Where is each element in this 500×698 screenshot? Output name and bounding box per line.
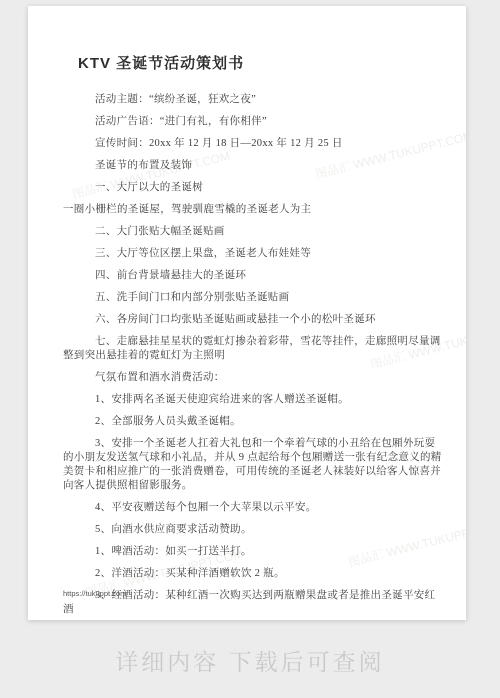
document-paragraph: 七、走廊悬挂星星状的霓虹灯掺杂着彩带，雪花等挂件，走廊照明尽量调整到突出悬挂着的…: [63, 335, 444, 363]
document-paragraph: 三、大厅等位区摆上果盘，圣诞老人布娃娃等: [63, 247, 444, 261]
document-paragraph: 活动主题：“缤纷圣诞，狂欢之夜”: [63, 93, 444, 107]
bottom-bar-text: 详细内容 下载后可查阅: [115, 644, 384, 677]
document-page: KTV 圣诞节活动策划书 活动主题：“缤纷圣诞，狂欢之夜”活动广告语：“进门有礼…: [28, 6, 466, 620]
document-paragraph: 二、大门张贴大幅圣诞贴画: [63, 225, 444, 239]
source-url: https://tukuppt.com: [63, 589, 126, 598]
document-paragraph: 一圈小栅栏的圣诞屋，驾驶驯鹿雪橇的圣诞老人为主: [63, 203, 444, 217]
document-paragraph: 1、安排两名圣诞天使迎宾给进来的客人赠送圣诞帽。: [63, 393, 444, 407]
document-paragraph: 六、各房间门口均张贴圣诞贴画或悬挂一个小的松叶圣诞环: [63, 313, 444, 327]
document-paragraph: 圣诞节的布置及装饰: [63, 159, 444, 173]
document-paragraph: 四、前台背景墙悬挂大的圣诞环: [63, 269, 444, 283]
document-body: 活动主题：“缤纷圣诞，狂欢之夜”活动广告语：“进门有礼，有你相伴”宣传时间：20…: [63, 93, 444, 617]
document-paragraph: 4、平安夜赠送每个包厢一个大苹果以示平安。: [63, 501, 444, 515]
bottom-bar: 详细内容 下载后可查阅: [0, 622, 500, 698]
document-paragraph: 气氛布置和酒水消费活动：: [63, 371, 444, 385]
document-paragraph: 宣传时间：20xx 年 12 月 18 日—20xx 年 12 月 25 日: [63, 137, 444, 151]
document-paragraph: 5、向酒水供应商要求活动赞助。: [63, 523, 444, 537]
document-title: KTV 圣诞节活动策划书: [78, 52, 444, 73]
document-paragraph: 五、洗手间门口和内部分别张贴圣诞贴画: [63, 291, 444, 305]
document-paragraph: 2、全部服务人员头戴圣诞帽。: [63, 415, 444, 429]
document-paragraph: 活动广告语：“进门有礼，有你相伴”: [63, 115, 444, 129]
document-paragraph: 2、洋酒活动：买某种洋酒赠软饮 2 瓶。: [63, 567, 444, 581]
document-paragraph: 3、安排一个圣诞老人扛着大礼包和一个牵着气球的小丑给在包厢外玩耍的小朋友发送氢气…: [63, 437, 444, 493]
document-paragraph: 1、啤酒活动：如买一打送半打。: [63, 545, 444, 559]
document-paragraph: 一、大厅以大的圣诞树: [63, 181, 444, 195]
document-content: KTV 圣诞节活动策划书 活动主题：“缤纷圣诞，狂欢之夜”活动广告语：“进门有礼…: [28, 6, 466, 617]
